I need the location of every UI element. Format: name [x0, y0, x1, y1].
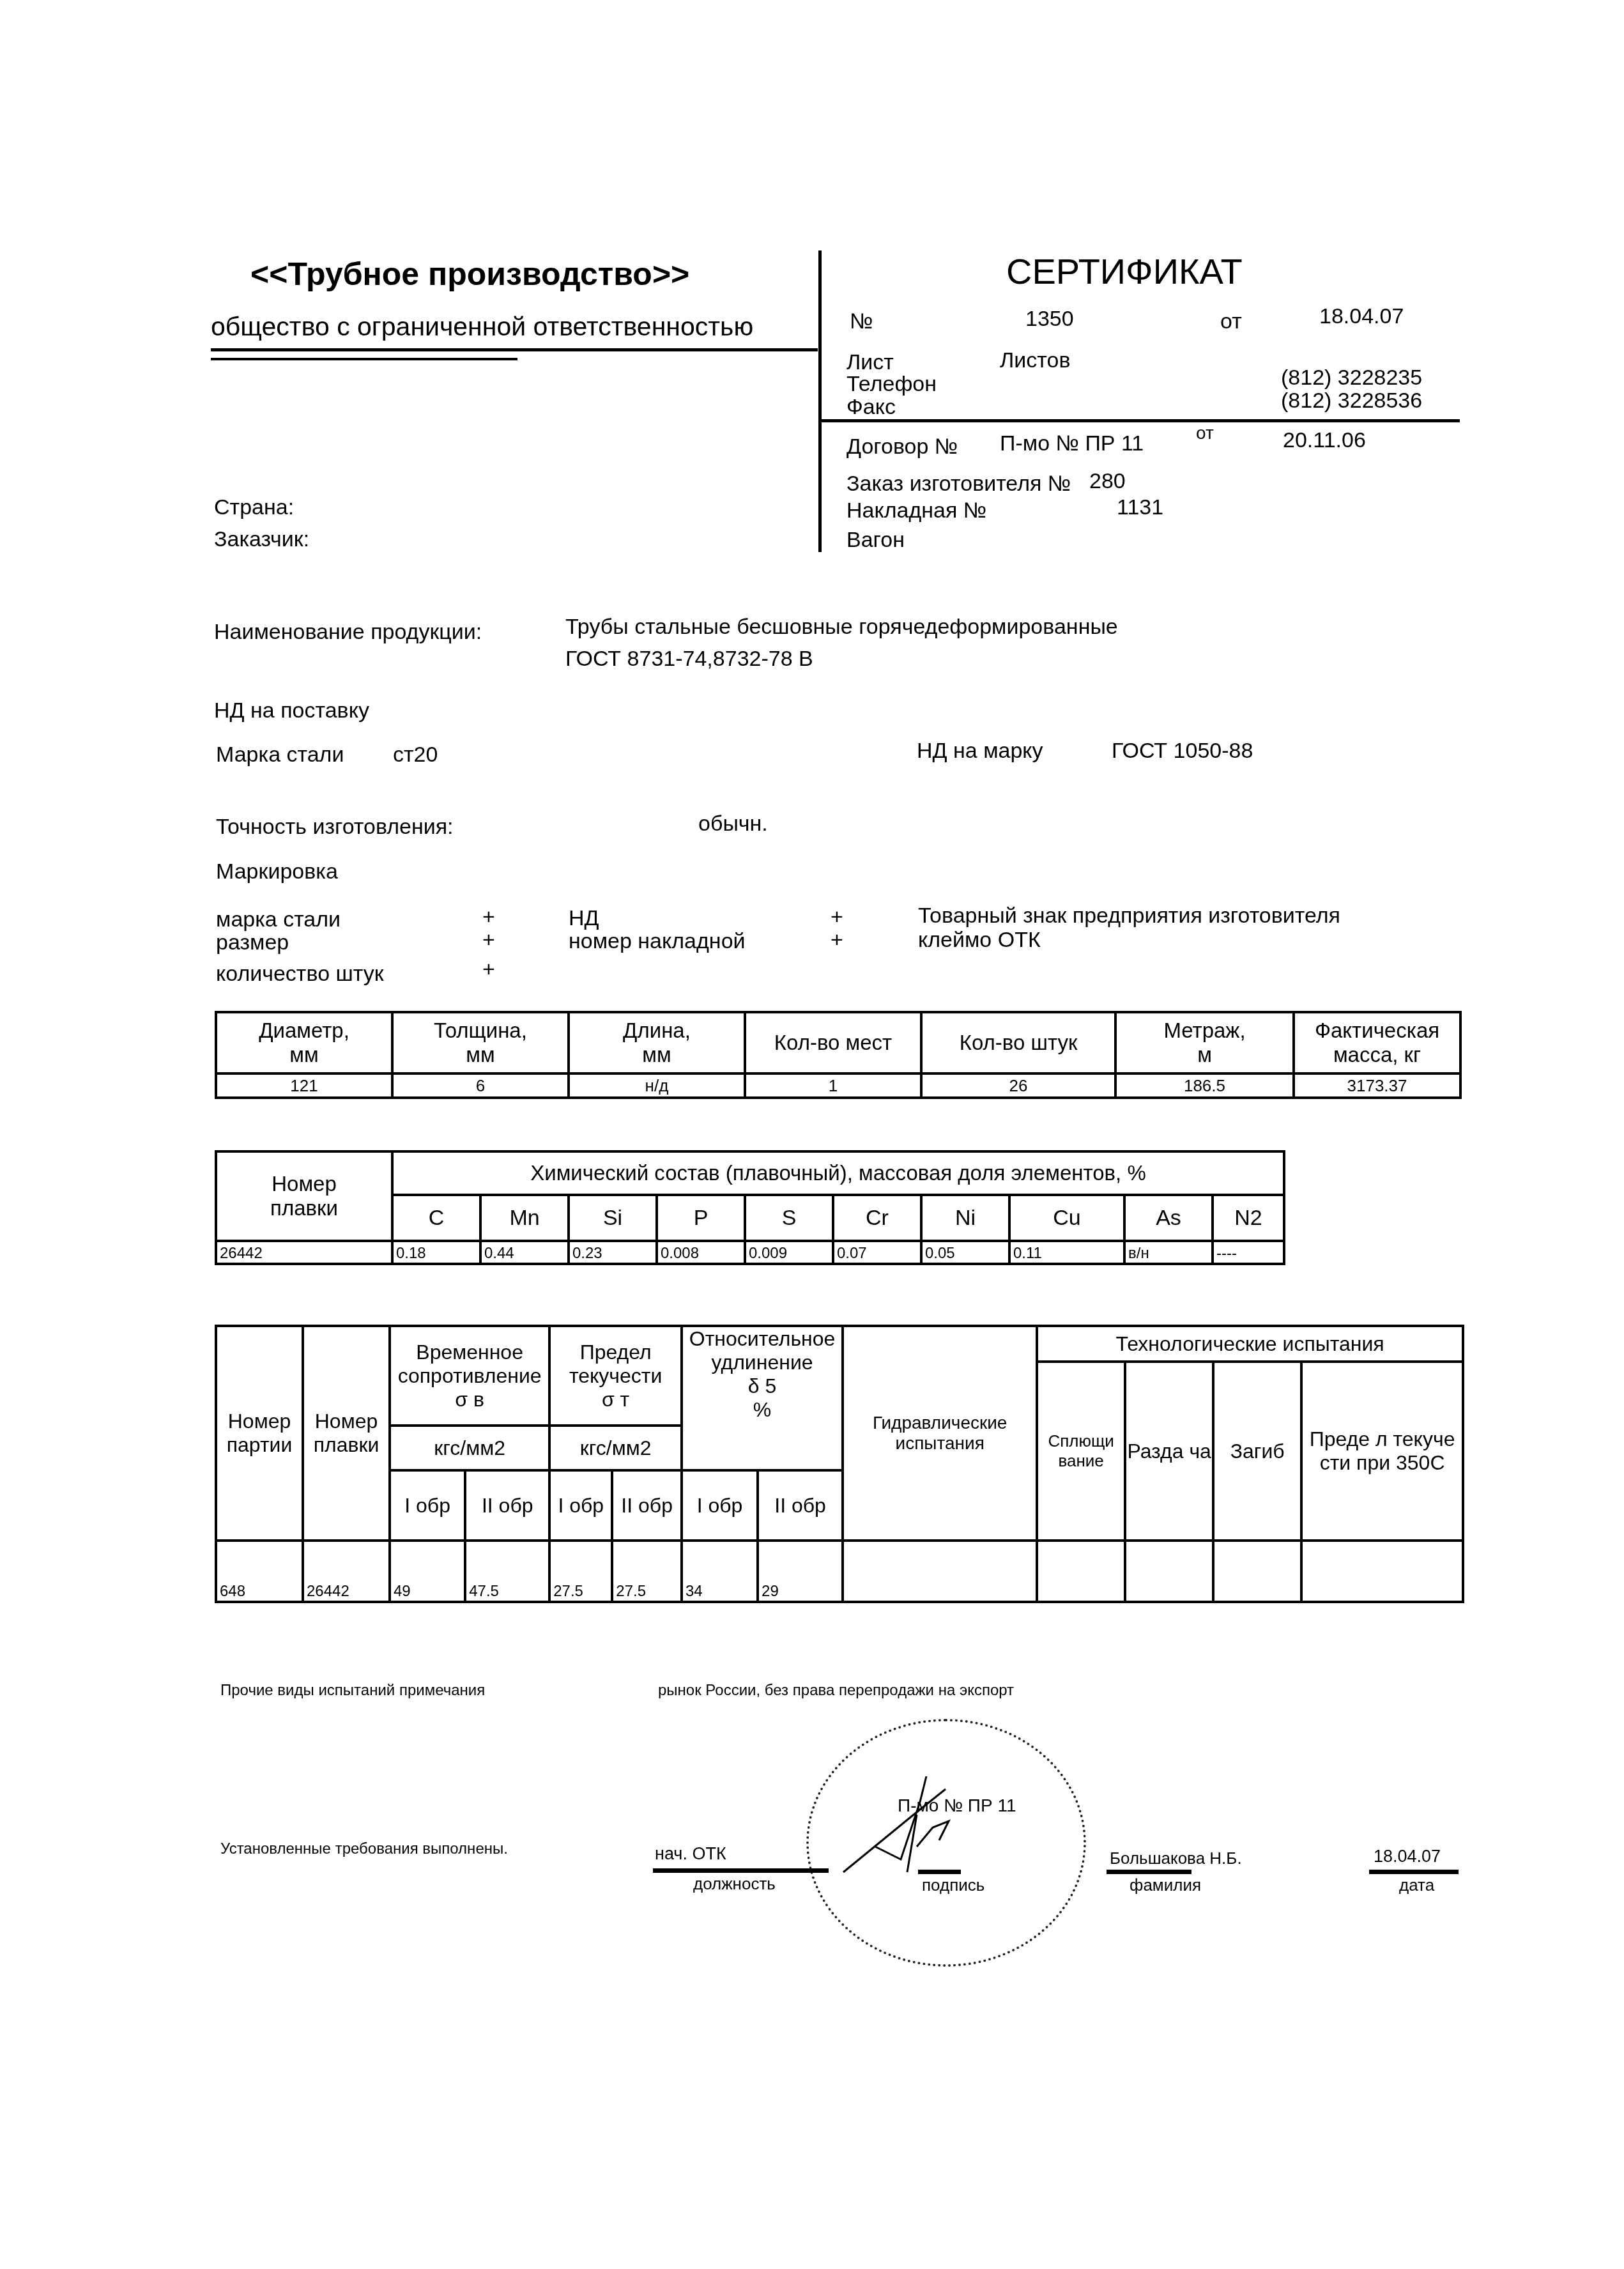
element-ni: Ni: [921, 1195, 1009, 1241]
mechanical-table: Номер партии Номер плавки Временноесопро…: [215, 1325, 1464, 1603]
value-si: 0.23: [569, 1241, 657, 1264]
phone-label: Телефон: [846, 372, 937, 397]
name-underline: [1107, 1870, 1191, 1874]
tensile-sample-1: I обр: [390, 1470, 465, 1541]
expansion-value: [1125, 1541, 1213, 1602]
header-pieces: Кол-во штук: [921, 1012, 1115, 1073]
chem-title: Химический состав (плавочный), массовая …: [392, 1151, 1284, 1195]
value-ni: 0.05: [921, 1241, 1009, 1264]
heat-number: 26442: [216, 1241, 392, 1264]
certificate-number-label: №: [850, 309, 873, 334]
contract-label: Договор №: [846, 435, 958, 459]
marking-check: +: [482, 905, 495, 930]
heat-number-header: Номер плавки: [303, 1326, 390, 1541]
invoice-value: 1131: [1117, 495, 1163, 520]
header-vertical-divider: [818, 250, 822, 552]
invoice-label: Накладная №: [846, 498, 986, 523]
value-p: 0.008: [657, 1241, 745, 1264]
value-s: 0.009: [745, 1241, 833, 1264]
hydraulic-value: [843, 1541, 1037, 1602]
contract-date: 20.11.06: [1283, 428, 1366, 453]
contract-value: П-мо № ПР 11: [1000, 431, 1144, 456]
places-value: 1: [745, 1073, 921, 1098]
element-n2: N2: [1213, 1195, 1284, 1241]
marking-check: +: [482, 957, 495, 982]
position-value: нач. ОТК: [655, 1844, 726, 1864]
elong-value-2: 29: [758, 1541, 843, 1602]
inspector-name: Большакова Н.Б.: [1110, 1849, 1242, 1868]
sheets-label: Листов: [1000, 348, 1070, 373]
position-line: [653, 1868, 829, 1873]
marking-item: количество штук: [216, 962, 384, 987]
header-diameter: Диаметр,мм: [216, 1012, 392, 1073]
element-p: P: [657, 1195, 745, 1241]
name-caption: фамилия: [1130, 1875, 1201, 1895]
company-name: <<Трубное производство>>: [250, 256, 689, 293]
element-mn: Mn: [480, 1195, 569, 1241]
tech-expansion: Разда ча: [1125, 1362, 1213, 1541]
value-cu: 0.11: [1009, 1241, 1124, 1264]
signature-scribble: [837, 1776, 1003, 1885]
marking-item: НД: [569, 906, 599, 931]
marking-item: номер накладной: [569, 929, 746, 954]
stamp-text: П-мо № ПР 11: [898, 1796, 1016, 1816]
value-n2: ----: [1213, 1241, 1284, 1264]
yield-value-1: 27.5: [549, 1541, 612, 1602]
header-places: Кол-во мест: [745, 1012, 921, 1073]
diameter-value: 121: [216, 1073, 392, 1098]
marking-check: +: [482, 928, 495, 953]
value-cr: 0.07: [833, 1241, 921, 1264]
bend-value: [1213, 1541, 1301, 1602]
product-name-line1: Трубы стальные бесшовные горячедеформиро…: [565, 615, 1118, 640]
elong-sample-1: I обр: [682, 1470, 758, 1541]
date-line: [1369, 1870, 1459, 1874]
marking-item: размер: [216, 930, 289, 955]
yield-header: Пределтекучестиσ т: [549, 1326, 682, 1426]
marking-check: +: [831, 905, 843, 930]
tensile-value-1: 49: [390, 1541, 465, 1602]
other-tests-label: Прочие виды испытаний примечания: [220, 1682, 485, 1700]
date-caption: дата: [1399, 1875, 1434, 1895]
element-s: S: [745, 1195, 833, 1241]
elong-value-1: 34: [682, 1541, 758, 1602]
company-legal-form: общество с ограниченной ответственностью: [211, 312, 753, 342]
sign-date: 18.04.07: [1374, 1847, 1441, 1866]
element-c: C: [392, 1195, 480, 1241]
dimensions-table: Диаметр,мм Толщина,мм Длина,мм Кол-во ме…: [215, 1011, 1462, 1099]
wagon-label: Вагон: [846, 528, 905, 553]
tensile-unit: кгс/мм2: [390, 1426, 549, 1470]
contract-date-label: от: [1196, 423, 1214, 443]
steel-grade-label: Марка стали: [216, 742, 344, 767]
yield-sample-2: II обр: [612, 1470, 682, 1541]
tech-bend: Загиб: [1213, 1362, 1301, 1541]
element-as: As: [1124, 1195, 1213, 1241]
hydraulic-header: Гидравлические испытания: [843, 1326, 1037, 1541]
tech-tests-header: Технологические испытания: [1037, 1326, 1463, 1362]
nd-grade-value: ГОСТ 1050-88: [1112, 739, 1253, 764]
requirements-met: Установленные требования выполнены.: [220, 1840, 508, 1858]
marking-check: +: [831, 928, 843, 953]
fax-label: Факс: [846, 395, 896, 420]
element-cr: Cr: [833, 1195, 921, 1241]
country-label: Страна:: [214, 495, 294, 520]
tensile-header: Временноесопротивлениеσ в: [390, 1326, 549, 1426]
value-mn: 0.44: [480, 1241, 569, 1264]
accuracy-label: Точность изготовления:: [216, 815, 454, 840]
lot-number-header: Номер партии: [216, 1326, 303, 1541]
chemical-table: Номерплавки Химический состав (плавочный…: [215, 1150, 1285, 1265]
signature-caption: подпись: [922, 1875, 984, 1895]
phone-value: (812) 3228235: [1281, 365, 1422, 390]
fax-value: (812) 3228536: [1281, 388, 1422, 413]
yield-unit: кгс/мм2: [549, 1426, 682, 1470]
yield-value-2: 27.5: [612, 1541, 682, 1602]
accuracy-value: обычн.: [698, 811, 768, 836]
nd-supply-label: НД на поставку: [214, 698, 369, 723]
header-mass: Фактическаямасса, кг: [1294, 1012, 1460, 1073]
position-caption: должность: [693, 1874, 776, 1894]
marking-label: Маркировка: [216, 859, 338, 884]
value-as: в/н: [1124, 1241, 1213, 1264]
pieces-value: 26: [921, 1073, 1115, 1098]
element-cu: Cu: [1009, 1195, 1124, 1241]
heat-number-header: Номерплавки: [216, 1151, 392, 1241]
product-name-line2: ГОСТ 8731-74,8732-78 В: [565, 647, 813, 672]
header-divider-2: [211, 358, 517, 360]
marking-item: Товарный знак предприятия изготовителя: [918, 904, 1340, 928]
yield-sample-1: I обр: [549, 1470, 612, 1541]
steel-grade-value: ст20: [393, 742, 438, 767]
tensile-sample-2: II обр: [465, 1470, 549, 1541]
header-divider: [211, 348, 818, 351]
flattening-value: [1037, 1541, 1125, 1602]
contact-divider: [821, 419, 1460, 422]
heat-number: 26442: [303, 1541, 390, 1602]
header-thickness: Толщина,мм: [392, 1012, 569, 1073]
nd-grade-label: НД на марку: [917, 739, 1043, 764]
mass-value: 3173.37: [1294, 1073, 1460, 1098]
thickness-value: 6: [392, 1073, 569, 1098]
tech-yield-350: Преде л текуче сти при 350С: [1301, 1362, 1463, 1541]
meterage-value: 186.5: [1115, 1073, 1294, 1098]
order-label: Заказ изготовителя №: [846, 472, 1071, 496]
length-value: н/д: [569, 1073, 745, 1098]
elongation-header: Относительноеудлинениеδ 5%: [682, 1326, 843, 1470]
elong-sample-2: II обр: [758, 1470, 843, 1541]
order-value: 280: [1089, 469, 1126, 494]
customer-label: Заказчик:: [214, 527, 309, 552]
signature-line: [918, 1870, 961, 1874]
lot-number: 648: [216, 1541, 303, 1602]
certificate-title: СЕРТИФИКАТ: [1006, 250, 1243, 292]
certificate-date-label: от: [1220, 309, 1242, 334]
header-length: Длина,мм: [569, 1012, 745, 1073]
marking-item: клеймо ОТК: [918, 928, 1041, 953]
tensile-value-2: 47.5: [465, 1541, 549, 1602]
marking-item: марка стали: [216, 907, 341, 932]
header-meterage: Метраж,м: [1115, 1012, 1294, 1073]
tech-flattening: Сплющи вание: [1037, 1362, 1125, 1541]
value-c: 0.18: [392, 1241, 480, 1264]
other-tests-text: рынок России, без права перепродажи на э…: [658, 1682, 1014, 1700]
certificate-number: 1350: [1025, 307, 1074, 332]
product-name-label: Наименование продукции:: [214, 620, 482, 645]
certificate-date: 18.04.07: [1319, 304, 1404, 329]
element-si: Si: [569, 1195, 657, 1241]
yield-350-value: [1301, 1541, 1463, 1602]
